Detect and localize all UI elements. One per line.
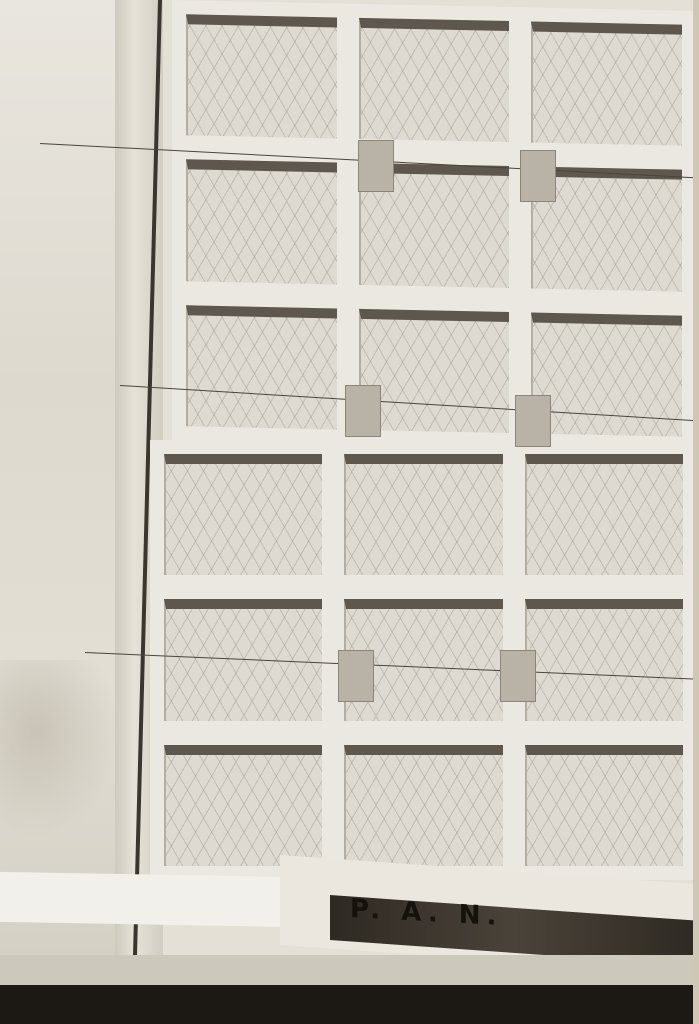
mesh-panel — [344, 745, 502, 866]
mesh-panel — [186, 14, 337, 138]
ledge — [0, 955, 699, 987]
mesh-panel — [359, 18, 510, 142]
mesh-panel — [525, 745, 683, 866]
upper-door — [172, 0, 694, 451]
mesh-panel — [164, 745, 322, 866]
mesh-panel — [525, 599, 683, 720]
mesh-panel — [164, 599, 322, 720]
wall-stain — [0, 660, 120, 840]
mesh-panel — [359, 309, 510, 433]
mesh-panel — [525, 454, 683, 575]
mesh-panel — [344, 454, 502, 575]
hinge — [515, 395, 551, 447]
dark-ground — [0, 985, 699, 1024]
mesh-panel — [164, 454, 322, 575]
photograph: P. A. N. — [0, 0, 699, 1024]
hinge — [358, 140, 394, 192]
mesh-panel — [186, 160, 337, 284]
print-border — [693, 0, 699, 1024]
hinge — [338, 650, 374, 702]
hinge — [520, 150, 556, 202]
hinge — [500, 650, 536, 702]
lower-door — [150, 440, 695, 880]
mesh-panel — [531, 22, 682, 146]
mesh-panel — [186, 305, 337, 429]
hinge — [345, 385, 381, 437]
